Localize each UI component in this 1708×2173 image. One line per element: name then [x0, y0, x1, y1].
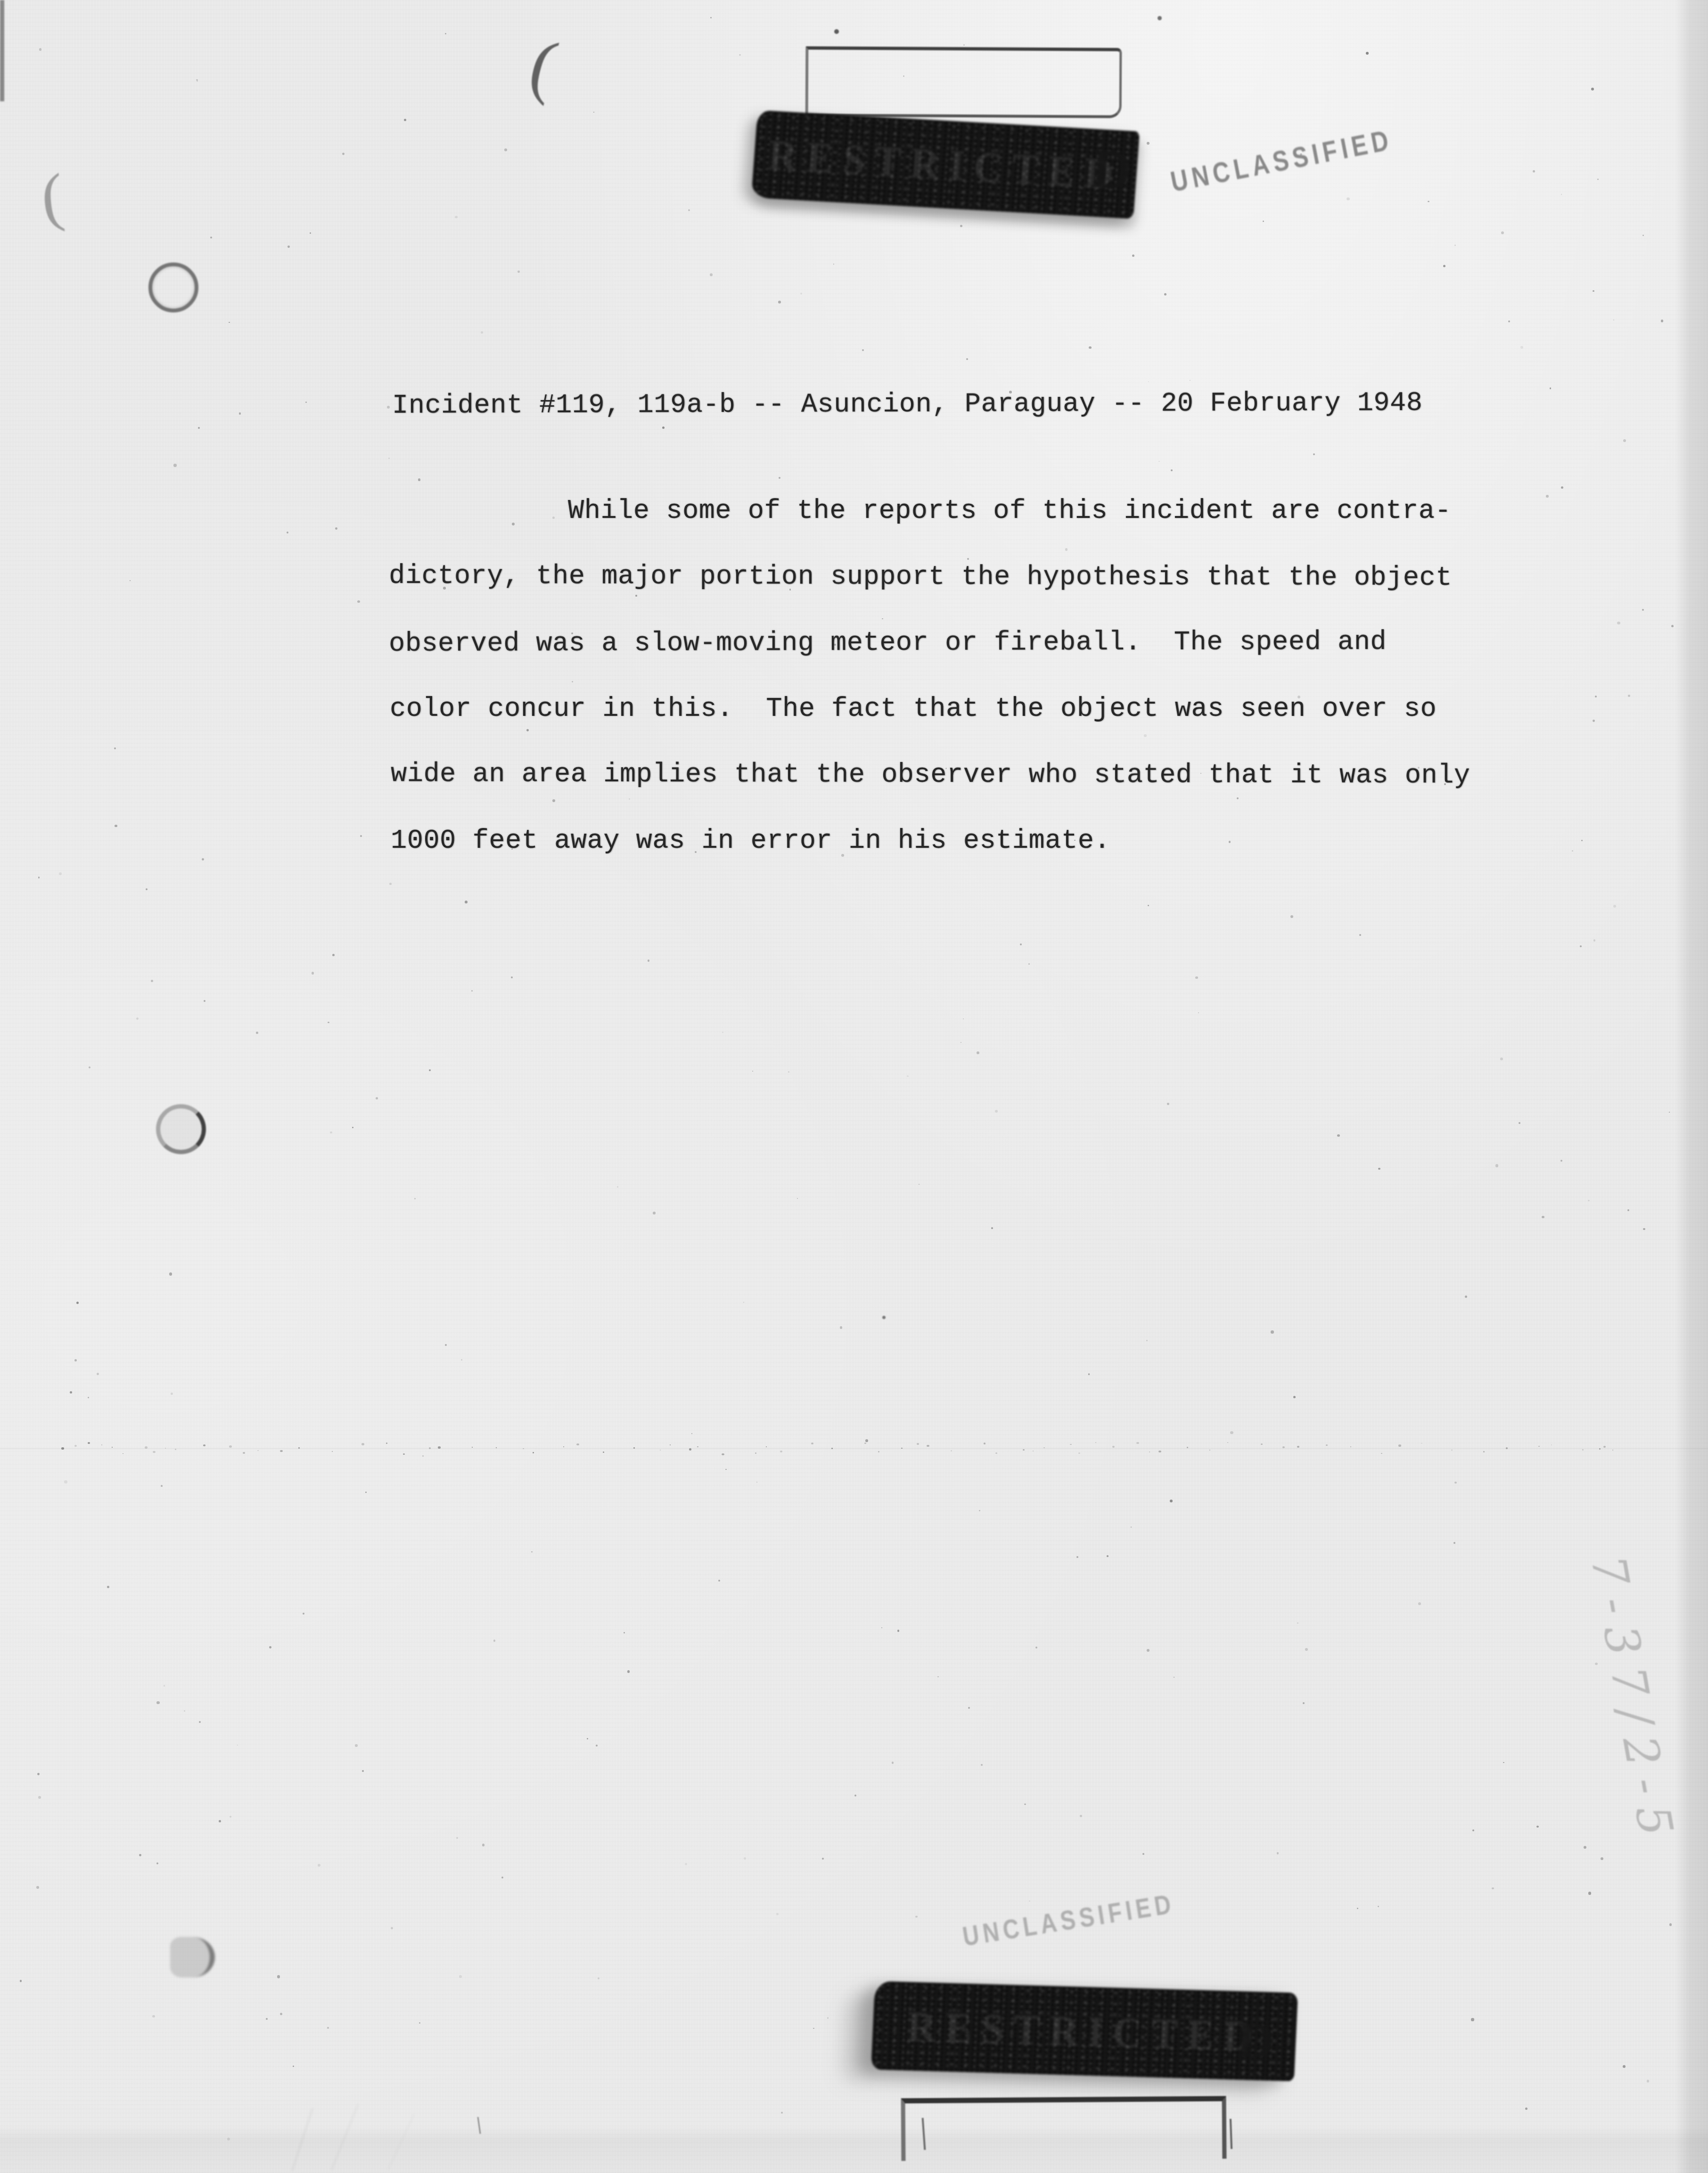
restricted-stamp-ghost-text: RESTRICTED — [906, 2001, 1263, 2061]
restricted-stamp-obliterated-bottom: RESTRICTED — [871, 1981, 1298, 2082]
scan-noise-layer — [0, 0, 1708, 2173]
hole-punch-bottom — [170, 1937, 215, 1977]
restricted-stamp-ghost-text: RESTRICTED — [766, 130, 1124, 199]
unclassified-stamp-top: UNCLASSIFIED — [1168, 123, 1395, 198]
hole-punch-middle — [156, 1104, 206, 1154]
unclassified-stamp-bottom: UNCLASSIFIED — [961, 1888, 1177, 1952]
restricted-stamp-ghost-letter: D — [1236, 2010, 1275, 2071]
empty-stamp-box-bottom — [901, 2096, 1227, 2161]
restricted-stamp-ghost-letter: D — [1089, 136, 1133, 203]
incident-heading: Incident #119, 119a-b -- Asuncion, Parag… — [392, 390, 1423, 420]
notable-marks-layer — [0, 0, 1708, 2173]
body-line: wide an area implies that the observer w… — [391, 761, 1470, 789]
scanned-document-page: RESTRICTED D UNCLASSIFIED ( ( Incident #… — [0, 0, 1708, 2173]
handwritten-margin-note: 7-37/2-5 — [1580, 1551, 1686, 1852]
empty-stamp-box-top — [805, 46, 1122, 118]
restricted-stamp-obliterated-top: RESTRICTED — [751, 110, 1140, 219]
pen-mark-paren-top: ( — [522, 23, 565, 108]
body-line: color concur in this. The fact that the … — [390, 696, 1437, 723]
body-line: While some of the reports of this incide… — [568, 498, 1451, 525]
scan-edge-sliver-left — [0, 0, 4, 101]
hole-punch-top — [148, 262, 198, 312]
body-line: dictory, the major portion support the h… — [389, 563, 1452, 592]
pen-mark-paren-left: ( — [38, 158, 67, 235]
body-line: 1000 feet away was in error in his estim… — [391, 828, 1110, 855]
scan-edge-shadow-right — [1675, 0, 1708, 2173]
scan-artifact-line — [0, 1448, 1708, 1449]
scan-band-bottom — [0, 2126, 1708, 2173]
body-line: observed was a slow-moving meteor or fir… — [389, 629, 1387, 658]
